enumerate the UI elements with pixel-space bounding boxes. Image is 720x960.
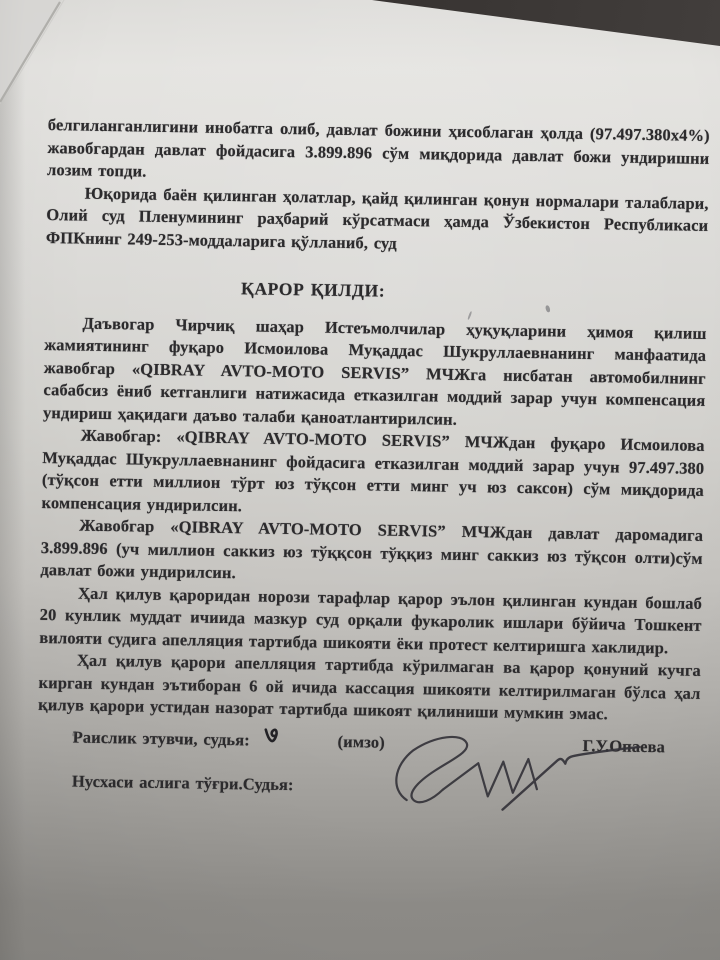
decision-heading: ҚАРОР ҚИЛДИ: <box>241 277 385 302</box>
ruling-compensation: Жавобгар: «QIBRAY AVTO-MOTO SERVIS” МЧЖд… <box>41 424 704 525</box>
ruling-cassation-term: Ҳал қилув қарори апелляция тартибда кўри… <box>38 649 701 727</box>
court-decision-text: белгиланганлигини инобатга олиб, давлат … <box>37 114 710 803</box>
paper-speck <box>545 305 551 313</box>
page-corner-fold <box>0 0 80 120</box>
presiding-judge-label: Раислик этувчи, судья: <box>72 726 250 751</box>
signature-placeholder-label: (имзо) <box>337 730 384 753</box>
paragraph-state-duty: белгиланганлигини инобатга олиб, давлат … <box>47 114 710 192</box>
document-photo: белгиланганлигини инобатга олиб, давлат … <box>0 0 720 960</box>
paragraph-legal-basis: Юқорида баён қилинган ҳолатлар, қайд қил… <box>46 181 709 259</box>
ruling-appeal-term: Ҳал қилув қароридан норози тарафлар қаро… <box>39 581 702 659</box>
ruling-state-duty: Жавобгар «QIBRAY AVTO-MOTO SERVIS” МЧЖда… <box>40 514 703 592</box>
pen-mark-icon <box>261 725 287 751</box>
handwritten-signature <box>384 732 655 828</box>
dark-table-corner <box>0 0 720 70</box>
ruling-claim-satisfied: Даъвогар Чирчиқ шаҳар Истеъмолчилар ҳуқу… <box>43 311 707 434</box>
